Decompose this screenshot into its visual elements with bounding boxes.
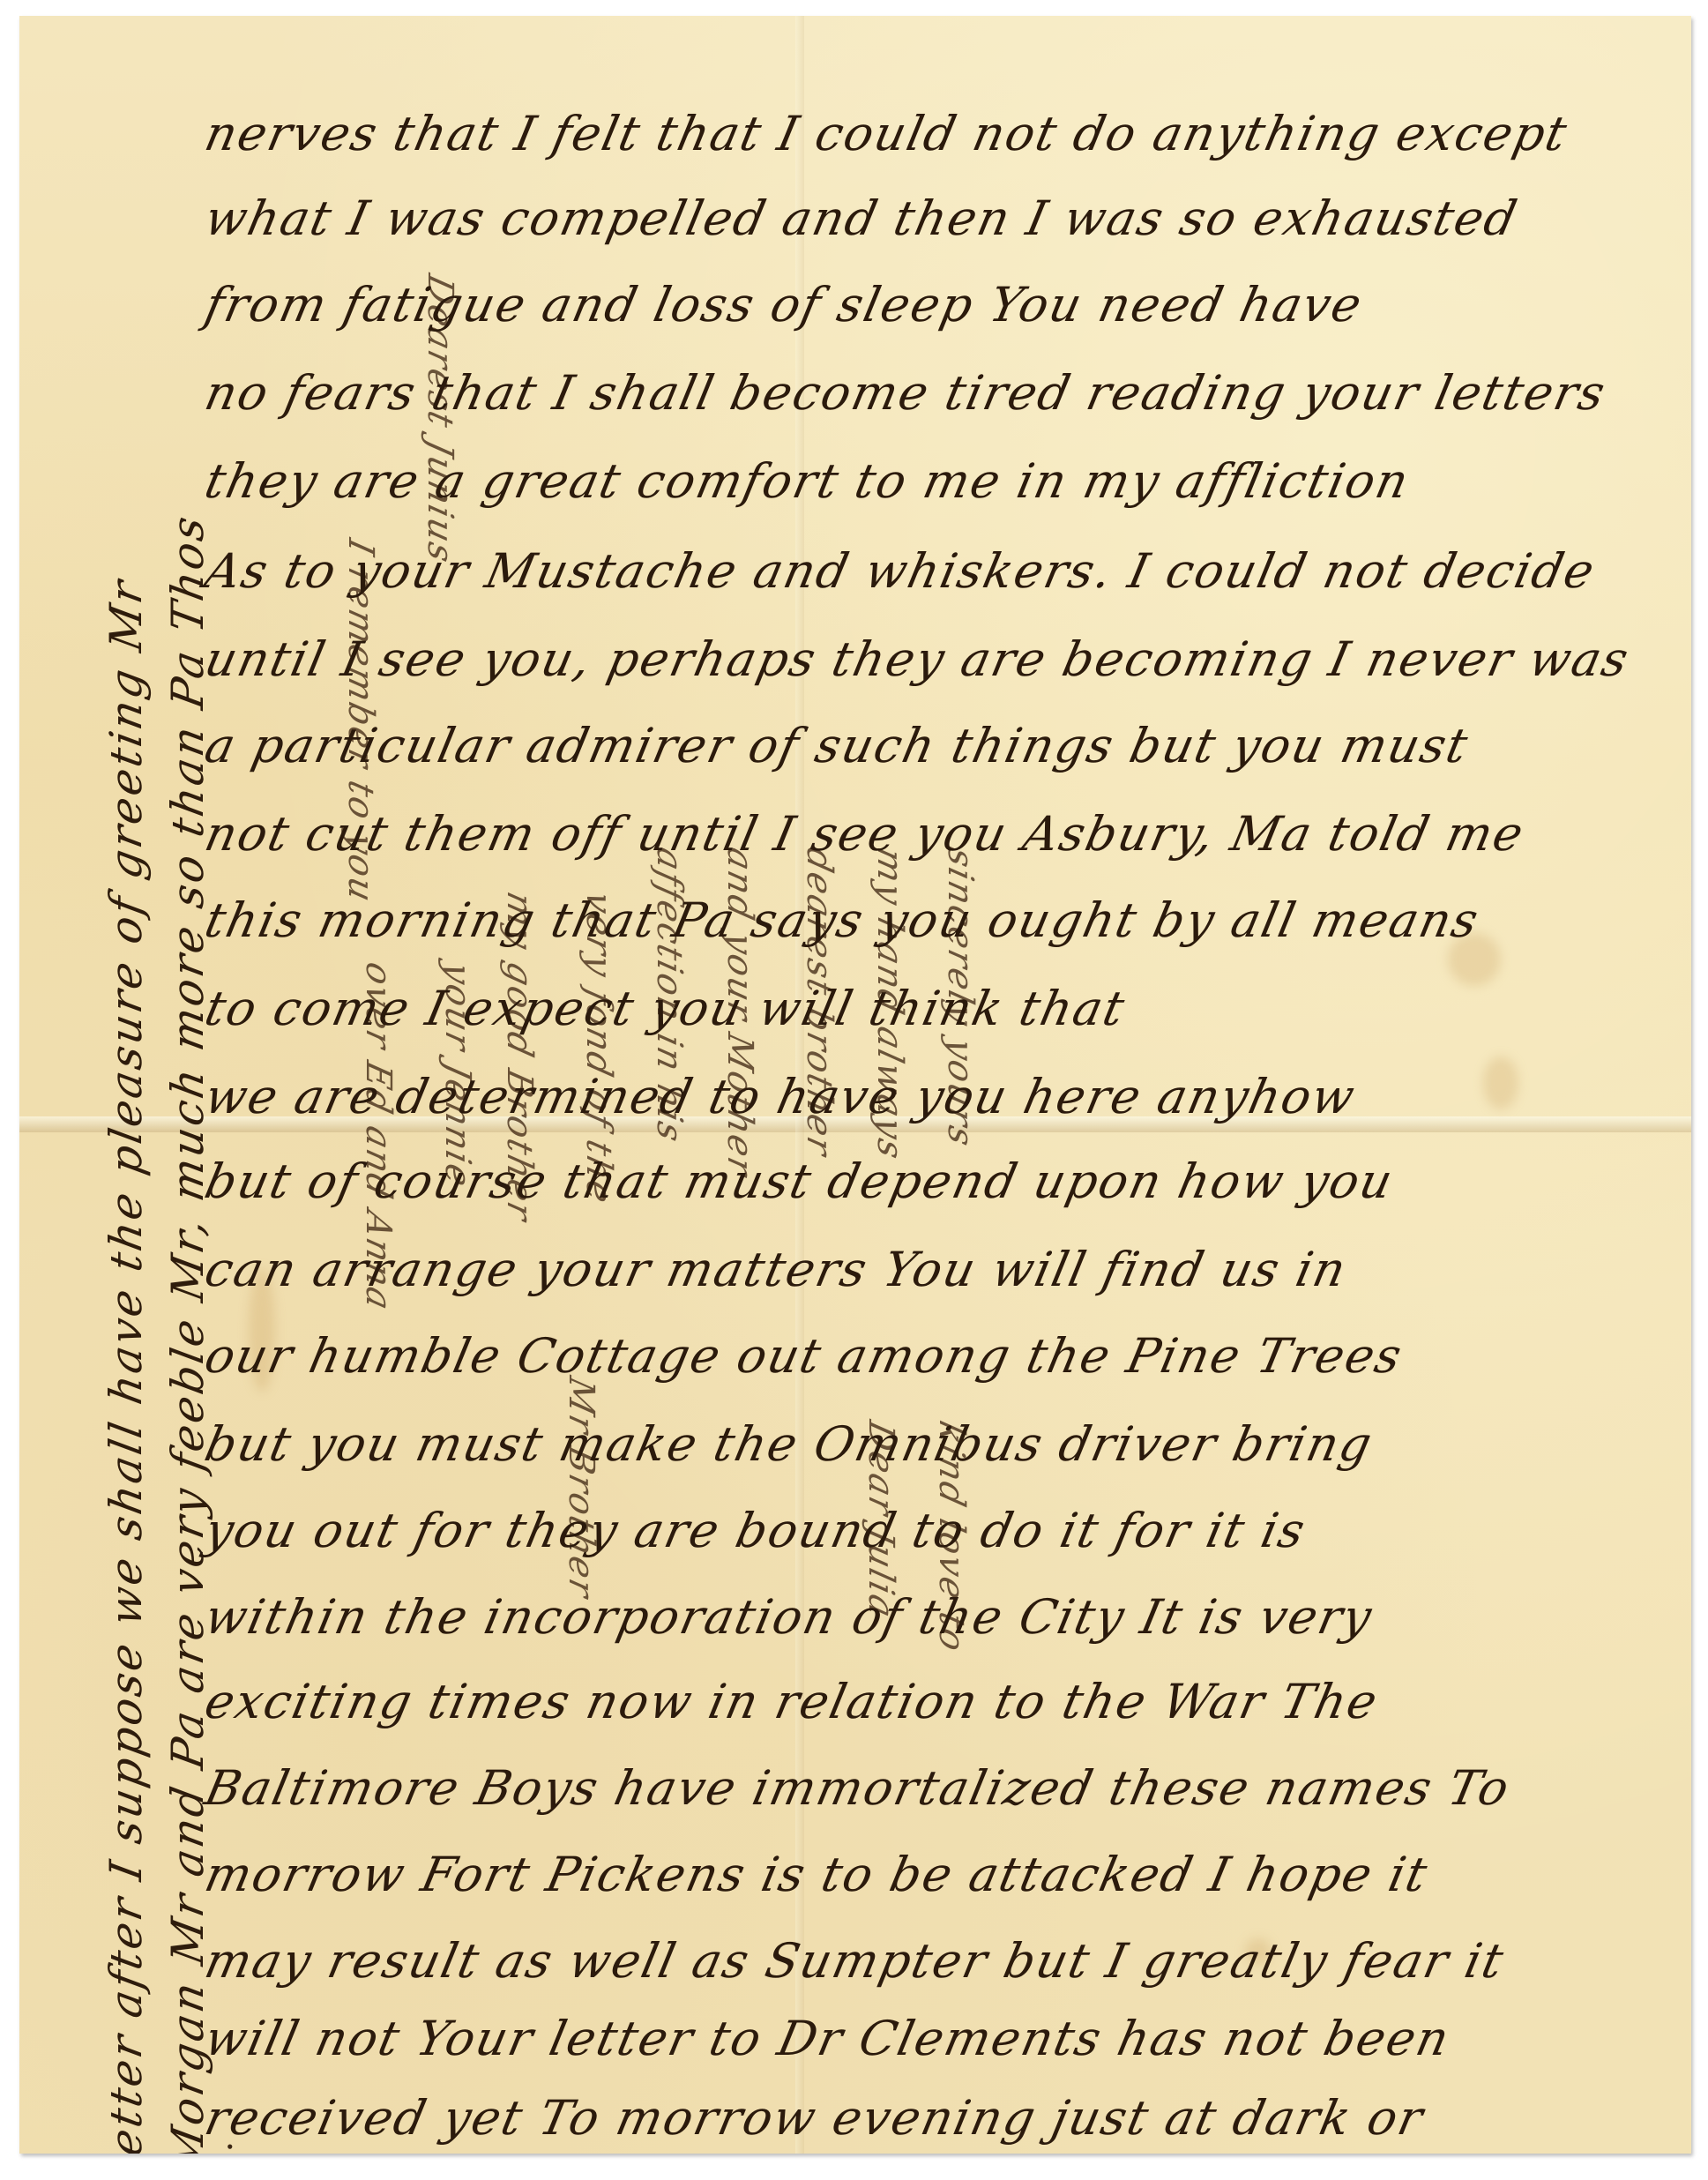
letter-line: can arrange your matters You will find u… bbox=[200, 1242, 1691, 1297]
letter-line: but you must make the Omnibus driver bri… bbox=[200, 1416, 1691, 1472]
letter-line: no fears that I shall become tired readi… bbox=[200, 365, 1691, 421]
letter-line: our humble Cottage out among the Pine Tr… bbox=[200, 1328, 1691, 1384]
letter-line: Baltimore Boys have immortalized these n… bbox=[200, 1760, 1691, 1816]
letter-line: morrow Fort Pickens is to be attacked I … bbox=[200, 1847, 1691, 1902]
letter-line: a particular admirer of such things but … bbox=[200, 718, 1691, 773]
letter-line: received yet To morrow evening just at d… bbox=[200, 2090, 1691, 2146]
letter-line: to come I expect you will think that bbox=[200, 981, 1691, 1036]
letter-line: until I see you, perhaps they are becomi… bbox=[200, 631, 1691, 687]
letter-line: not cut them off until I see you Asbury,… bbox=[200, 806, 1691, 862]
letter-line: exciting times now in relation to the Wa… bbox=[200, 1674, 1691, 1729]
margin-line: letter after I suppose we shall have the… bbox=[101, 574, 152, 2154]
ink-mark: : bbox=[224, 2128, 235, 2154]
letter-line: we are determined to have you here anyho… bbox=[200, 1069, 1691, 1124]
letter-line: they are a great comfort to me in my aff… bbox=[200, 453, 1691, 509]
letter-line: will not Your letter to Dr Clements has … bbox=[200, 2011, 1691, 2066]
letter-paper: over Ed and Anna your Jennie I remember … bbox=[19, 16, 1691, 2154]
letter-line: but of course that must depend upon how … bbox=[200, 1153, 1691, 1209]
letter-line: may result as well as Sumpter but I grea… bbox=[200, 1933, 1691, 1989]
letter-line: you out for they are bound to do it for … bbox=[200, 1503, 1691, 1558]
letter-line: what I was compelled and then I was so e… bbox=[200, 190, 1691, 246]
letter-line: this morning that Pa says you ought by a… bbox=[200, 892, 1691, 948]
letter-line: nerves that I felt that I could not do a… bbox=[200, 106, 1691, 161]
letter-line: within the incorporation of the City It … bbox=[200, 1589, 1691, 1645]
letter-line: from fatigue and loss of sleep You need … bbox=[200, 277, 1691, 332]
cross-written-column: Mr Brother bbox=[561, 1373, 601, 1604]
letter-line: As to your Mustache and whiskers. I coul… bbox=[200, 543, 1691, 599]
